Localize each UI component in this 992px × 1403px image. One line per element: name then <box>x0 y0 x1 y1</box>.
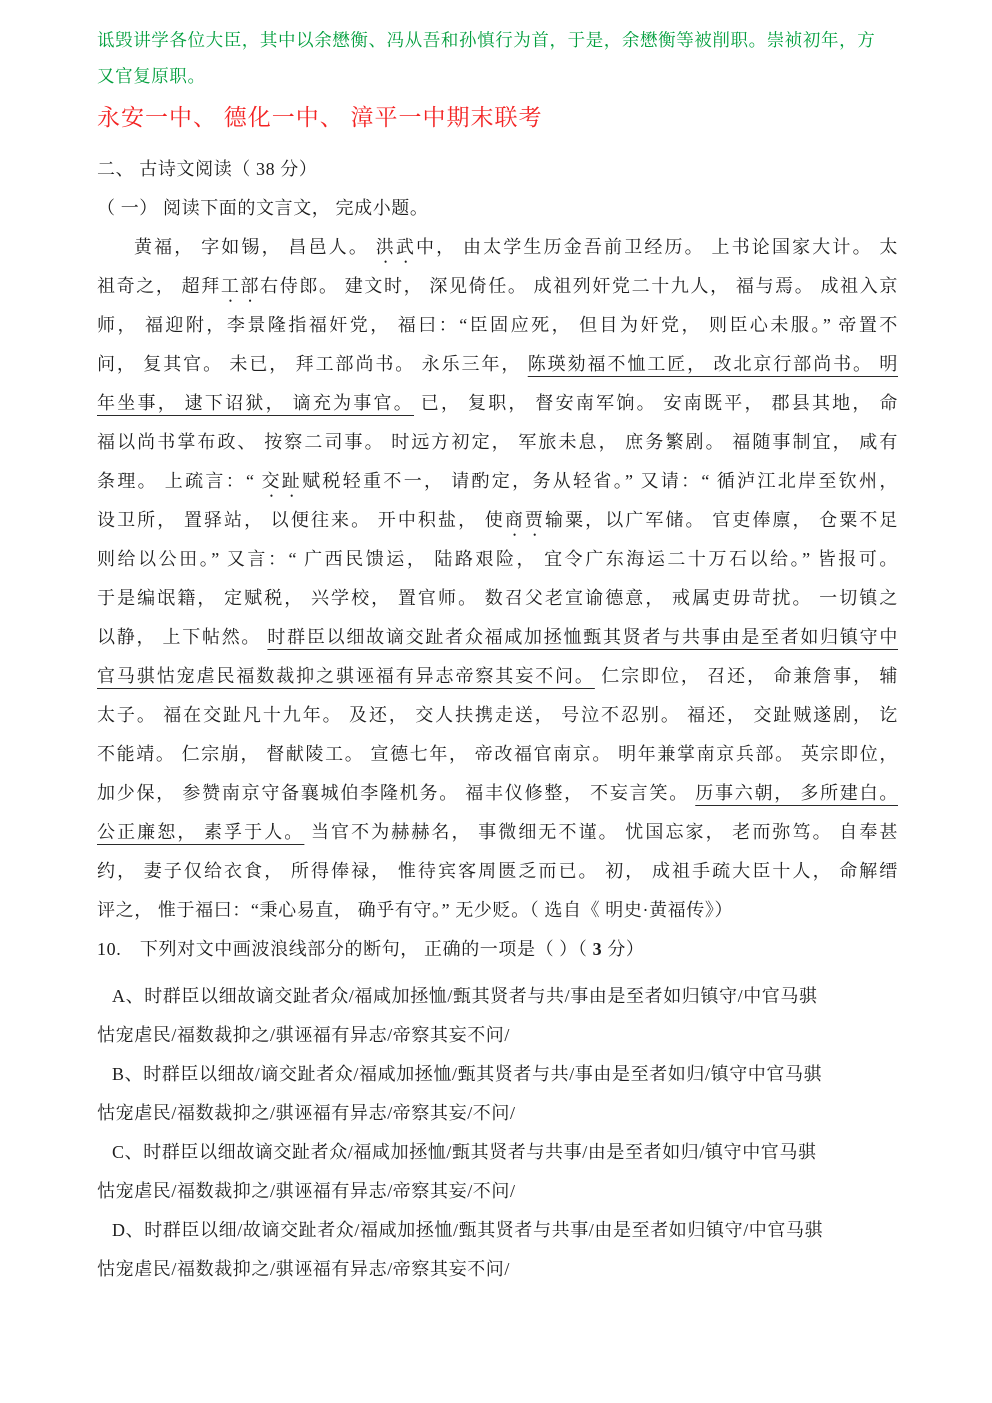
passage-line-2: 祖奇之， 超拜工部右侍郎。 建文时， 深见倚任。 成祖列奸党二十九人， 福与焉。… <box>97 267 898 306</box>
option-d-line-2: 怙宠虐民/福数裁抑之/骐诬福有异志/帝察其妄不问/ <box>97 1250 898 1289</box>
green-note-line-2: 又官复原职。 <box>97 58 898 94</box>
option-b-line-1: B、时群臣以细故/谪交趾者众/福咸加拯恤/甄其贤者与共/事由是至者如归/镇守中官… <box>97 1055 898 1094</box>
passage-text: 黄福， 字如锡， 昌邑人。 洪武中， 由太学生历金吾前卫经历。 上书论国家大计。… <box>97 228 898 930</box>
emphasized-term: 商贾 <box>505 510 545 530</box>
passage-line-11: 以静， 上下帖然。 时群臣以细故谪交趾者众福咸加拯恤甄其贤者与共事由是至者如归镇… <box>97 618 898 657</box>
bold-text: 3 <box>593 939 603 959</box>
passage-line-4: 问， 复其官。 未已， 拜工部尚书。 永乐三年， 陈瑛劾福不恤工匠， 改北京行部… <box>97 345 898 384</box>
question-10-stem: 10. 下列对文中画波浪线部分的断句， 正确的一项是（ ）（ 3 分） <box>97 930 898 969</box>
exam-title: 永安一中、 德化一中、 漳平一中期末联考 <box>97 100 898 136</box>
underlined-text: 陈瑛劾福不恤工匠， 改北京行部尚书。 明 <box>528 354 898 374</box>
emphasized-term: 交趾 <box>261 471 302 491</box>
text-run: 设卫所， 置驿站， 以便往来。 开中积盐， 使 <box>97 510 505 530</box>
passage-line-15: 加少保， 参赞南京守备襄城伯李隆机务。 福丰仪修整， 不妄言笑。 历事六朝， 多… <box>97 774 898 813</box>
text-run: 分） <box>602 939 644 959</box>
text-run: 当官不为赫赫名， 事微细无不谨。 忧国忘家， 老而弥笃。 自奉甚 <box>304 822 898 842</box>
text-run: 怙宠虐民/福数裁抑之/骐诬福有异志/帝察其妄不问/ <box>97 1025 510 1045</box>
text-run: 加少保， 参赞南京守备襄城伯李隆机务。 福丰仪修整， 不妄言笑。 <box>97 783 695 803</box>
text-run: 于是编氓籍， 定赋税， 兴学校， 置官师。 数召父老宣谕德意， 戒属吏毋苛扰。 … <box>97 588 898 608</box>
green-note-line-1: 诋毁讲学各位大臣，其中以余懋衡、冯从吾和孙慎行为首，于是，余懋衡等被削职。崇祯初… <box>97 22 898 58</box>
text-run: 约， 妻子仅给衣食， 所得俸禄， 惟待宾客周匮乏而已。 初， 成祖手疏大臣十人，… <box>97 861 898 881</box>
underlined-text: 年坐事， 逮下诏狱， 谪充为事官。 <box>97 393 414 413</box>
section-heading: 二、 古诗文阅读（ 38 分） <box>97 150 898 189</box>
text-run: C、时群臣以细故谪交趾者众/福咸加拯恤/甄其贤者与共事/由是至者如归/镇守中官马… <box>112 1142 817 1162</box>
option-d-line-1: D、时群臣以细/故谪交趾者众/福咸加拯恤/甄其贤者与共事/由是至者如归镇守/中官… <box>97 1211 898 1250</box>
text-run: 输粟，以广军储。 官吏俸廪， 仓粟不足 <box>545 510 898 530</box>
text-run: 怙宠虐民/福数裁抑之/骐诬福有异志/帝察其妄/不问/ <box>97 1181 516 1201</box>
text-run: 中， 由太学生历金吾前卫经历。 上书论国家大计。 太 <box>416 237 898 257</box>
text-run: 怙宠虐民/福数裁抑之/骐诬福有异志/帝察其妄/不问/ <box>97 1103 516 1123</box>
text-run: 以静， 上下帖然。 <box>97 627 267 647</box>
underlined-text: 历事六朝， 多所建白。 <box>695 783 898 803</box>
text-run: 又官复原职。 <box>97 66 206 86</box>
text-run: 则给以公田。” 又言：“ 广西民馈运， 陆路艰险， 宜令广东海运二十万石以给。”… <box>97 549 898 569</box>
text-run: 评之， 惟于福曰：“秉心易直， 确乎有守。” 无少贬。（ 选自《 明史·黄福传》… <box>97 900 733 920</box>
text-run: 已， 复职， 督安南军饷。 安南既平， 郡县其地， 命 <box>414 393 898 413</box>
option-c-line-2: 怙宠虐民/福数裁抑之/骐诬福有异志/帝察其妄/不问/ <box>97 1172 898 1211</box>
answer-options: A、时群臣以细故谪交趾者众/福咸加拯恤/甄其贤者与共/事由是至者如归镇守/中官马… <box>97 977 898 1289</box>
question-10: 10. 下列对文中画波浪线部分的断句， 正确的一项是（ ）（ 3 分） <box>97 930 898 969</box>
text-run: 太子。 福在交趾凡十九年。 及还， 交人扶携走送， 号泣不忍别。 福还， 交趾贼… <box>97 705 898 725</box>
passage-line-3: 师， 福迎附，李景隆指福奸党， 福曰：“臣固应死， 但目为奸党， 则臣心未服。”… <box>97 306 898 345</box>
passage-line-5: 年坐事， 逮下诏狱， 谪充为事官。 已， 复职， 督安南军饷。 安南既平， 郡县… <box>97 384 898 423</box>
passage-line-10: 于是编氓籍， 定赋税， 兴学校， 置官师。 数召父老宣谕德意， 戒属吏毋苛扰。 … <box>97 579 898 618</box>
passage-line-8: 设卫所， 置驿站， 以便往来。 开中积盐， 使商贾输粟，以广军储。 官吏俸廪， … <box>97 501 898 540</box>
passage-line-7: 条理。 上疏言：“ 交趾赋税轻重不一， 请酌定，务从轻省。” 又请：“ 循泸江北… <box>97 462 898 501</box>
underlined-text: 官马骐怙宠虐民福数裁抑之骐诬福有异志帝察其妄不问。 <box>97 666 595 686</box>
text-run: 问， 复其官。 未已， 拜工部尚书。 永乐三年， <box>97 354 528 374</box>
passage-line-1: 黄福， 字如锡， 昌邑人。 洪武中， 由太学生历金吾前卫经历。 上书论国家大计。… <box>97 228 898 267</box>
text-run: 条理。 上疏言：“ <box>97 471 261 491</box>
passage-line-18: 评之， 惟于福曰：“秉心易直， 确乎有守。” 无少贬。（ 选自《 明史·黄福传》… <box>97 891 898 930</box>
document-page: 诋毁讲学各位大臣，其中以余懋衡、冯从吾和孙慎行为首，于是，余懋衡等被削职。崇祯初… <box>0 0 992 1403</box>
text-run: 福以尚书掌布政、 按察二司事。 时远方初定， 军旅未息， 庶务繁剧。 福随事制宜… <box>97 432 898 452</box>
option-c-line-1: C、时群臣以细故谪交趾者众/福咸加拯恤/甄其贤者与共事/由是至者如归/镇守中官马… <box>97 1133 898 1172</box>
text-run: B、时群臣以细故/谪交趾者众/福咸加拯恤/甄其贤者与共/事由是至者如归/镇守中官… <box>112 1064 822 1084</box>
passage-line-16: 公正廉恕， 素孚于人。 当官不为赫赫名， 事微细无不谨。 忧国忘家， 老而弥笃。… <box>97 813 898 852</box>
passage-line-12: 官马骐怙宠虐民福数裁抑之骐诬福有异志帝察其妄不问。 仁宗即位， 召还， 命兼詹事… <box>97 657 898 696</box>
text-run: 右侍郎。 建文时， 深见倚任。 成祖列奸党二十九人， 福与焉。 成祖入京 <box>260 276 898 296</box>
emphasized-term: 洪武 <box>376 237 416 257</box>
text-run: 仁宗即位， 召还， 命兼詹事， 辅 <box>595 666 898 686</box>
passage-line-6: 福以尚书掌布政、 按察二司事。 时远方初定， 军旅未息， 庶务繁剧。 福随事制宜… <box>97 423 898 462</box>
subsection-heading: （ 一） 阅读下面的文言文， 完成小题。 <box>97 189 898 228</box>
option-b-line-2: 怙宠虐民/福数裁抑之/骐诬福有异志/帝察其妄/不问/ <box>97 1094 898 1133</box>
text-run: 10. 下列对文中画波浪线部分的断句， 正确的一项是（ ）（ <box>97 939 593 959</box>
text-run: 怙宠虐民/福数裁抑之/骐诬福有异志/帝察其妄不问/ <box>97 1259 510 1279</box>
option-a-line-1: A、时群臣以细故谪交趾者众/福咸加拯恤/甄其贤者与共/事由是至者如归镇守/中官马… <box>97 977 898 1016</box>
text-run: 祖奇之， 超拜 <box>97 276 221 296</box>
document-content: 诋毁讲学各位大臣，其中以余懋衡、冯从吾和孙慎行为首，于是，余懋衡等被削职。崇祯初… <box>0 0 992 1329</box>
option-a-line-2: 怙宠虐民/福数裁抑之/骐诬福有异志/帝察其妄不问/ <box>97 1016 898 1055</box>
green-note: 诋毁讲学各位大臣，其中以余懋衡、冯从吾和孙慎行为首，于是，余懋衡等被削职。崇祯初… <box>97 22 898 94</box>
underlined-text: 时群臣以细故谪交趾者众福咸加拯恤甄其贤者与共事由是至者如归镇守中 <box>267 627 898 647</box>
passage-line-17: 约， 妻子仅给衣食， 所得俸禄， 惟待宾客周匮乏而已。 初， 成祖手疏大臣十人，… <box>97 852 898 891</box>
underlined-text: 公正廉恕， 素孚于人。 <box>97 822 304 842</box>
text-run: 赋税轻重不一， 请酌定，务从轻省。” 又请：“ 循泸江北岸至钦州， <box>302 471 898 491</box>
text-run: D、时群臣以细/故谪交趾者众/福咸加拯恤/甄其贤者与共事/由是至者如归镇守/中官… <box>112 1220 823 1240</box>
passage-line-13: 太子。 福在交趾凡十九年。 及还， 交人扶携走送， 号泣不忍别。 福还， 交趾贼… <box>97 696 898 735</box>
passage-line-9: 则给以公田。” 又言：“ 广西民馈运， 陆路艰险， 宜令广东海运二十万石以给。”… <box>97 540 898 579</box>
text-run: 黄福， 字如锡， 昌邑人。 <box>134 237 376 257</box>
passage-line-14: 不能靖。 仁宗崩， 督献陵工。 宣德七年， 帝改福官南京。 明年兼掌南京兵部。 … <box>97 735 898 774</box>
text-run: 诋毁讲学各位大臣，其中以余懋衡、冯从吾和孙慎行为首，于是，余懋衡等被削职。崇祯初… <box>97 30 875 50</box>
text-run: 师， 福迎附，李景隆指福奸党， 福曰：“臣固应死， 但目为奸党， 则臣心未服。”… <box>97 315 898 335</box>
emphasized-term: 工部 <box>221 276 260 296</box>
text-run: 不能靖。 仁宗崩， 督献陵工。 宣德七年， 帝改福官南京。 明年兼掌南京兵部。 … <box>97 744 898 764</box>
text-run: A、时群臣以细故谪交趾者众/福咸加拯恤/甄其贤者与共/事由是至者如归镇守/中官马… <box>112 986 818 1006</box>
